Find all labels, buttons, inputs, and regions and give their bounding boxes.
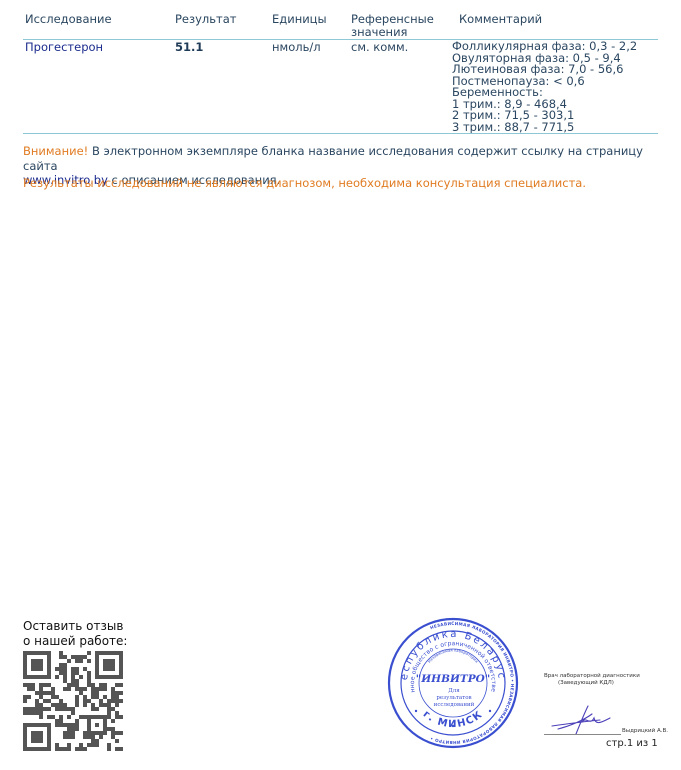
reference-value: см. комм. [351, 41, 408, 54]
signature-title-line2: (Заведующий КДЛ) [544, 680, 640, 687]
units-value: нмоль/л [272, 41, 321, 54]
feedback-label: Оставить отзыв о нашей работе: [23, 619, 133, 649]
page-number: стр.1 из 1 [606, 738, 658, 749]
signature-line [544, 734, 621, 735]
svg-text:результатов: результатов [436, 695, 471, 701]
signature-title-line1: Врач лабораторной диагностики [544, 673, 640, 680]
header-units: Единицы [272, 13, 327, 26]
attention-label: Внимание! [23, 144, 88, 158]
study-name-link[interactable]: Прогестерон [25, 41, 103, 54]
notice-line1: В электронном экземпляре бланка название… [23, 144, 643, 173]
header-reference: Референсные значения [351, 13, 434, 39]
comment-value: Фолликулярная фаза: 0,3 - 2,2Овуляторная… [452, 41, 637, 133]
cut-off-text [23, 0, 27, 6]
feedback-qr-code[interactable] [23, 651, 123, 751]
disclaimer-text: Результаты исследований не являются диаг… [23, 176, 586, 190]
table-bottom-divider [23, 133, 658, 134]
handwritten-signature [548, 704, 618, 736]
svg-text:исследований: исследований [434, 702, 475, 708]
comment-line: 3 трим.: 88,7 - 771,5 [452, 122, 637, 134]
header-reference-line2: значения [351, 26, 434, 39]
header-study: Исследование [25, 13, 112, 26]
header-comment: Комментарий [459, 13, 542, 26]
result-value: 51.1 [175, 41, 203, 54]
cut-off-header-line [23, 0, 97, 6]
signature-title: Врач лабораторной диагностики (Заведующи… [544, 673, 640, 687]
company-stamp: НЕЗАВИСИМАЯ ЛАБОРАТОРИЯ ИНВИТРО • НЕЗАВИ… [386, 616, 520, 750]
svg-text:Для: Для [448, 688, 460, 694]
signatory-name: Выдрицкий А.В. [622, 728, 668, 734]
header-result: Результат [175, 13, 237, 26]
svg-text:"ИНВИТРО": "ИНВИТРО" [416, 673, 490, 685]
